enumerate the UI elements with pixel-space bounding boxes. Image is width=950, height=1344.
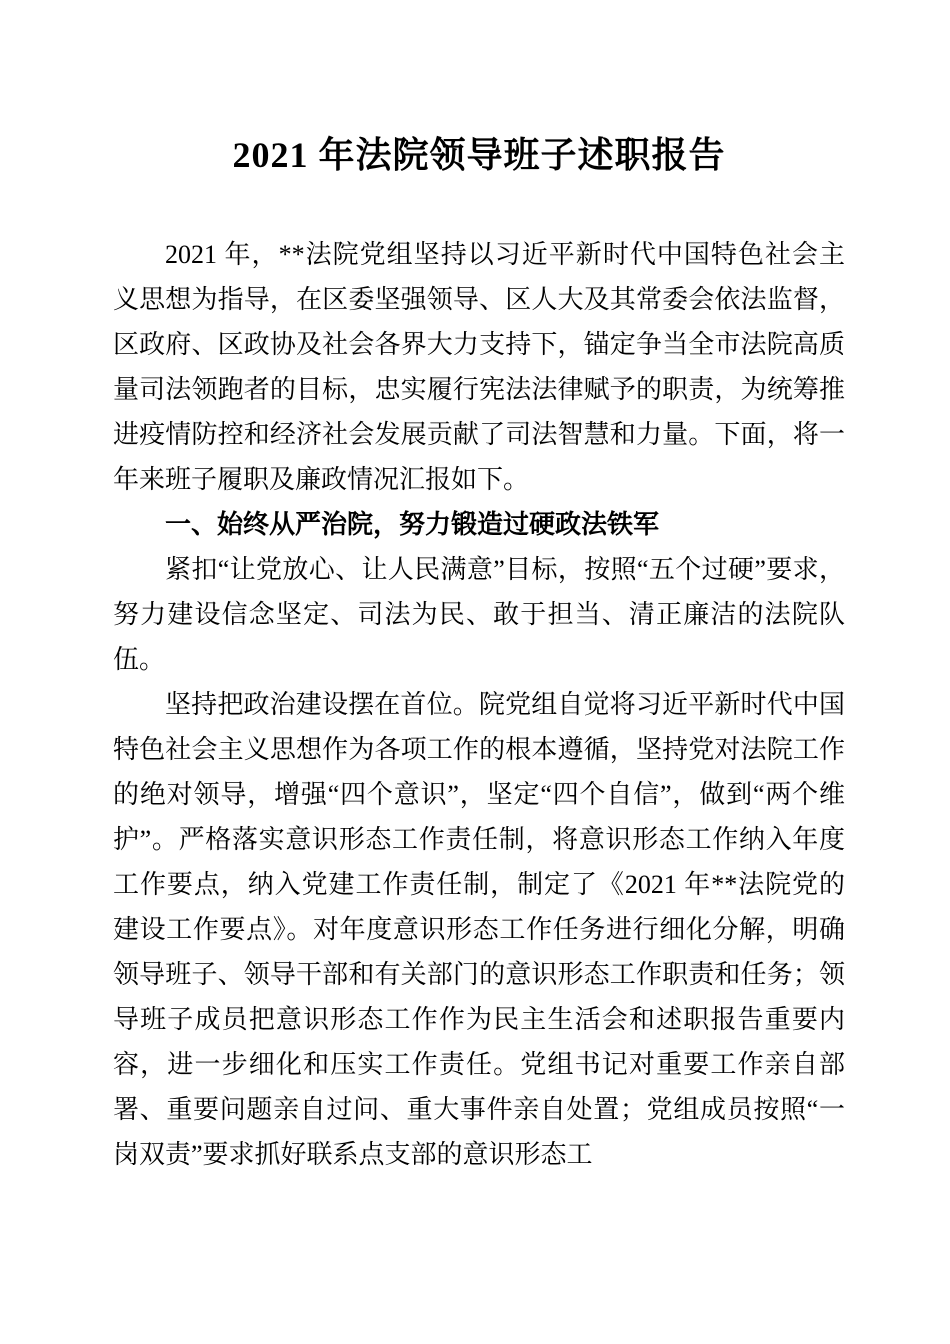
- intro-paragraph: 2021 年，**法院党组坚持以习近平新时代中国特色社会主义思想为指导，在区委坚…: [113, 232, 845, 502]
- section-1-paragraph-1: 紧扣“让党放心、让人民满意”目标，按照“五个过硬”要求，努力建设信念坚定、司法为…: [113, 547, 845, 682]
- section-1-heading: 一、始终从严治院，努力锻造过硬政法铁军: [113, 502, 845, 547]
- document-title: 2021 年法院领导班子述职报告: [113, 130, 845, 180]
- section-1-paragraph-2: 坚持把政治建设摆在首位。院党组自觉将习近平新时代中国特色社会主义思想作为各项工作…: [113, 682, 845, 1177]
- document-page: 2021 年法院领导班子述职报告 2021 年，**法院党组坚持以习近平新时代中…: [0, 0, 950, 1344]
